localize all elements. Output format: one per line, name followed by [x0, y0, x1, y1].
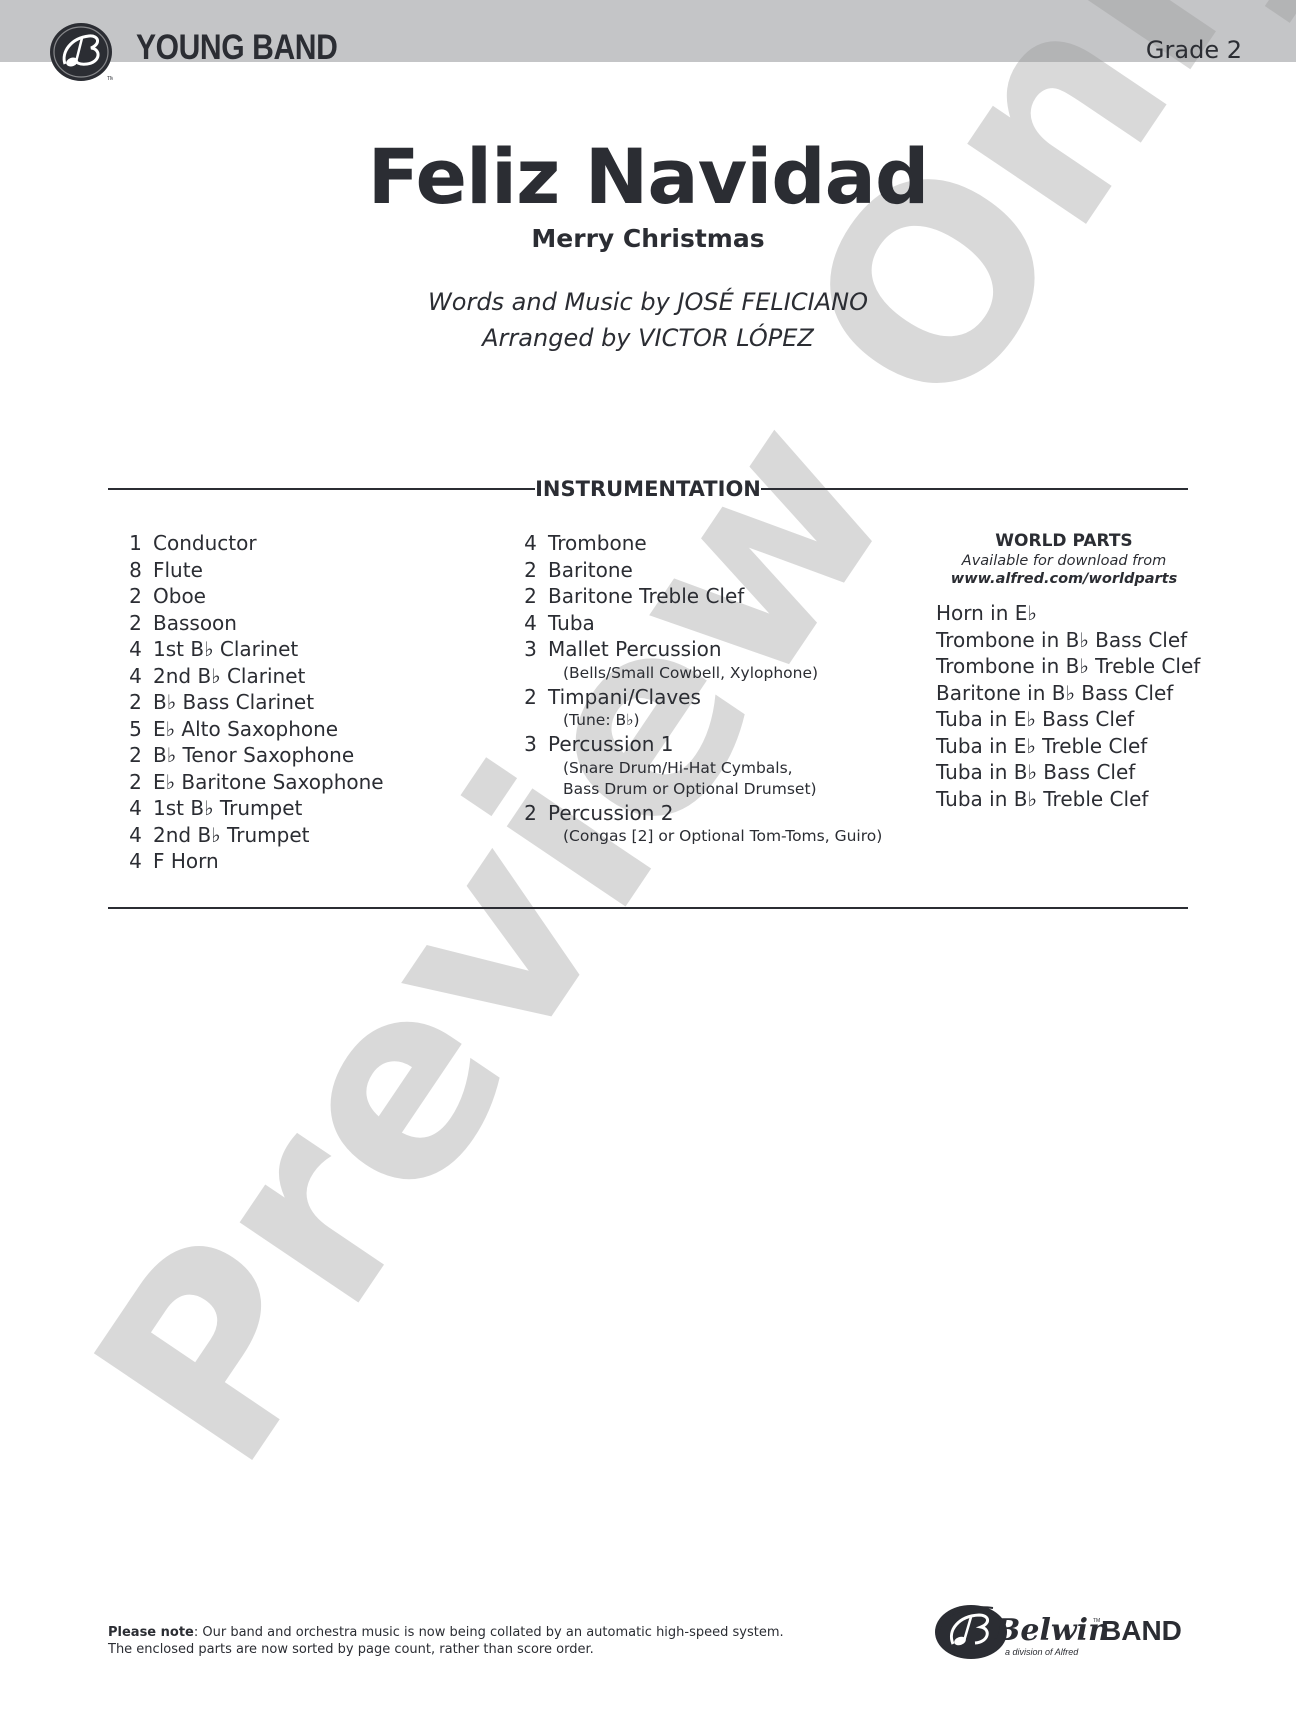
instrument-row: 4Trombone	[513, 530, 882, 557]
world-parts-list: Horn in E♭Trombone in B♭ Bass ClefTrombo…	[936, 600, 1196, 812]
instrument-note: (Tune: B♭)	[513, 710, 882, 731]
instrument-note: Bass Drum or Optional Drumset)	[513, 779, 882, 800]
instrument-name: 1st B♭ Trumpet	[153, 795, 302, 822]
instrument-row: 2Percussion 2	[513, 800, 882, 827]
instrument-name: E♭ Alto Saxophone	[153, 716, 338, 743]
credit-music: Words and Music by JOSÉ FELICIANO	[0, 288, 1296, 316]
instrument-item: 41st B♭ Clarinet	[118, 636, 384, 663]
svg-text:TM: TM	[1093, 1618, 1100, 1624]
subtitle: Merry Christmas	[0, 224, 1296, 253]
instrument-name: 2nd B♭ Clarinet	[153, 663, 305, 690]
divider-bottom	[108, 907, 1188, 909]
instrument-item: 4F Horn	[118, 848, 384, 875]
world-parts-url[interactable]: www.alfred.com/worldparts	[936, 570, 1192, 588]
part-count: 8	[118, 557, 153, 584]
part-count: 4	[118, 848, 153, 875]
part-count: 2	[513, 557, 548, 584]
part-count: 2	[513, 684, 548, 711]
instrument-row: 1Conductor	[118, 530, 384, 557]
instrument-row: 2Bassoon	[118, 610, 384, 637]
note-label: Please note	[108, 1625, 194, 1640]
part-count: 2	[118, 583, 153, 610]
instrument-name: Oboe	[153, 583, 206, 610]
world-parts-availability: Available for download from	[936, 552, 1192, 570]
instrument-item: 2B♭ Tenor Saxophone	[118, 742, 384, 769]
belwin-b-note-logo-icon: TM	[49, 22, 113, 82]
instrument-row: 3Percussion 1	[513, 731, 882, 758]
world-parts-heading: WORLD PARTS	[936, 530, 1192, 552]
divider-right	[761, 488, 1188, 490]
belwin-band-logo-icon: Belwin TM BAND a division of Alfred	[933, 1600, 1195, 1664]
instrument-row: 41st B♭ Clarinet	[118, 636, 384, 663]
instrument-note: (Snare Drum/Hi-Hat Cymbals,	[513, 758, 882, 779]
world-part-item: Tuba in B♭ Treble Clef	[936, 786, 1196, 813]
part-count: 2	[118, 689, 153, 716]
part-count: 2	[513, 800, 548, 827]
instrument-row: 2Oboe	[118, 583, 384, 610]
instrument-item: 42nd B♭ Clarinet	[118, 663, 384, 690]
instrument-name: Flute	[153, 557, 203, 584]
instrument-row: 2B♭ Tenor Saxophone	[118, 742, 384, 769]
instrument-name: Conductor	[153, 530, 257, 557]
world-part-item: Trombone in B♭ Bass Clef	[936, 627, 1196, 654]
instrument-item: 5E♭ Alto Saxophone	[118, 716, 384, 743]
world-part-item: Tuba in E♭ Treble Clef	[936, 733, 1196, 760]
instrument-item: 2Bassoon	[118, 610, 384, 637]
part-count: 3	[513, 731, 548, 758]
instrument-name: Tuba	[548, 610, 595, 637]
instrument-row: 2Timpani/Claves	[513, 684, 882, 711]
instrument-item: 3Percussion 1(Snare Drum/Hi-Hat Cymbals,…	[513, 731, 882, 800]
world-part-item: Tuba in E♭ Bass Clef	[936, 706, 1196, 733]
instrument-row: 2Baritone Treble Clef	[513, 583, 882, 610]
instrument-item: 3Mallet Percussion(Bells/Small Cowbell, …	[513, 636, 882, 684]
world-part-item: Trombone in B♭ Treble Clef	[936, 653, 1196, 680]
part-count: 4	[513, 530, 548, 557]
instrument-item: 2B♭ Bass Clarinet	[118, 689, 384, 716]
instrument-item: 4Tuba	[513, 610, 882, 637]
instrument-name: Mallet Percussion	[548, 636, 722, 663]
credit-arranger: Arranged by VICTOR LÓPEZ	[0, 324, 1296, 352]
instrument-name: Trombone	[548, 530, 647, 557]
instrument-list-column-1: 1Conductor8Flute2Oboe2Bassoon41st B♭ Cla…	[118, 530, 384, 875]
instrument-name: 1st B♭ Clarinet	[153, 636, 298, 663]
instrument-row: 2B♭ Bass Clarinet	[118, 689, 384, 716]
instrument-row: 2E♭ Baritone Saxophone	[118, 769, 384, 796]
svg-text:TM: TM	[107, 76, 113, 82]
instrument-name: Timpani/Claves	[548, 684, 701, 711]
instrument-item: 1Conductor	[118, 530, 384, 557]
instrument-name: Bassoon	[153, 610, 237, 637]
part-count: 4	[118, 663, 153, 690]
svg-text:a division of Alfred: a division of Alfred	[1005, 1647, 1079, 1657]
part-count: 4	[118, 636, 153, 663]
instrument-item: 2Percussion 2(Congas [2] or Optional Tom…	[513, 800, 882, 848]
part-count: 2	[118, 610, 153, 637]
instrument-row: 8Flute	[118, 557, 384, 584]
instrument-row: 41st B♭ Trumpet	[118, 795, 384, 822]
instrument-row: 2Baritone	[513, 557, 882, 584]
instrument-note: (Congas [2] or Optional Tom-Toms, Guiro)	[513, 826, 882, 847]
instrument-name: E♭ Baritone Saxophone	[153, 769, 384, 796]
instrument-row: 3Mallet Percussion	[513, 636, 882, 663]
world-part-item: Horn in E♭	[936, 600, 1196, 627]
instrument-list-column-2: 4Trombone2Baritone2Baritone Treble Clef4…	[513, 530, 882, 847]
part-count: 2	[118, 769, 153, 796]
note-line-2: The enclosed parts are now sorted by pag…	[108, 1641, 784, 1658]
grade-level: Grade 2	[1146, 36, 1242, 64]
instrument-name: 2nd B♭ Trumpet	[153, 822, 309, 849]
svg-text:BAND: BAND	[1101, 1615, 1182, 1646]
note-line-1: : Our band and orchestra music is now be…	[194, 1625, 784, 1640]
brand-name: YOUNG BAND	[136, 28, 337, 68]
part-count: 3	[513, 636, 548, 663]
instrument-item: 2Timpani/Claves(Tune: B♭)	[513, 684, 882, 732]
instrument-row: 42nd B♭ Clarinet	[118, 663, 384, 690]
instrument-item: 41st B♭ Trumpet	[118, 795, 384, 822]
instrumentation-heading-text: INSTRUMENTATION	[535, 477, 761, 501]
instrument-name: B♭ Tenor Saxophone	[153, 742, 354, 769]
instrument-item: 2Baritone	[513, 557, 882, 584]
instrument-name: Percussion 2	[548, 800, 674, 827]
instrument-item: 2Oboe	[118, 583, 384, 610]
instrument-name: Baritone Treble Clef	[548, 583, 744, 610]
instrument-row: 4Tuba	[513, 610, 882, 637]
instrument-item: 4Trombone	[513, 530, 882, 557]
part-count: 2	[118, 742, 153, 769]
collation-note: Please note: Our band and orchestra musi…	[108, 1624, 784, 1658]
part-count: 2	[513, 583, 548, 610]
world-part-item: Baritone in B♭ Bass Clef	[936, 680, 1196, 707]
world-part-item: Tuba in B♭ Bass Clef	[936, 759, 1196, 786]
instrument-name: Baritone	[548, 557, 633, 584]
part-count: 1	[118, 530, 153, 557]
part-count: 4	[118, 822, 153, 849]
instrument-item: 8Flute	[118, 557, 384, 584]
page-title: Feliz Navidad	[0, 132, 1296, 221]
instrument-row: 4F Horn	[118, 848, 384, 875]
world-parts: WORLD PARTS Available for download from …	[936, 530, 1196, 812]
instrument-note: (Bells/Small Cowbell, Xylophone)	[513, 663, 882, 684]
instrument-item: 42nd B♭ Trumpet	[118, 822, 384, 849]
part-count: 5	[118, 716, 153, 743]
instrument-row: 5E♭ Alto Saxophone	[118, 716, 384, 743]
instrument-name: Percussion 1	[548, 731, 674, 758]
instrument-row: 42nd B♭ Trumpet	[118, 822, 384, 849]
part-count: 4	[118, 795, 153, 822]
instrument-item: 2Baritone Treble Clef	[513, 583, 882, 610]
instrument-name: B♭ Bass Clarinet	[153, 689, 314, 716]
instrument-name: F Horn	[153, 848, 219, 875]
part-count: 4	[513, 610, 548, 637]
instrument-item: 2E♭ Baritone Saxophone	[118, 769, 384, 796]
